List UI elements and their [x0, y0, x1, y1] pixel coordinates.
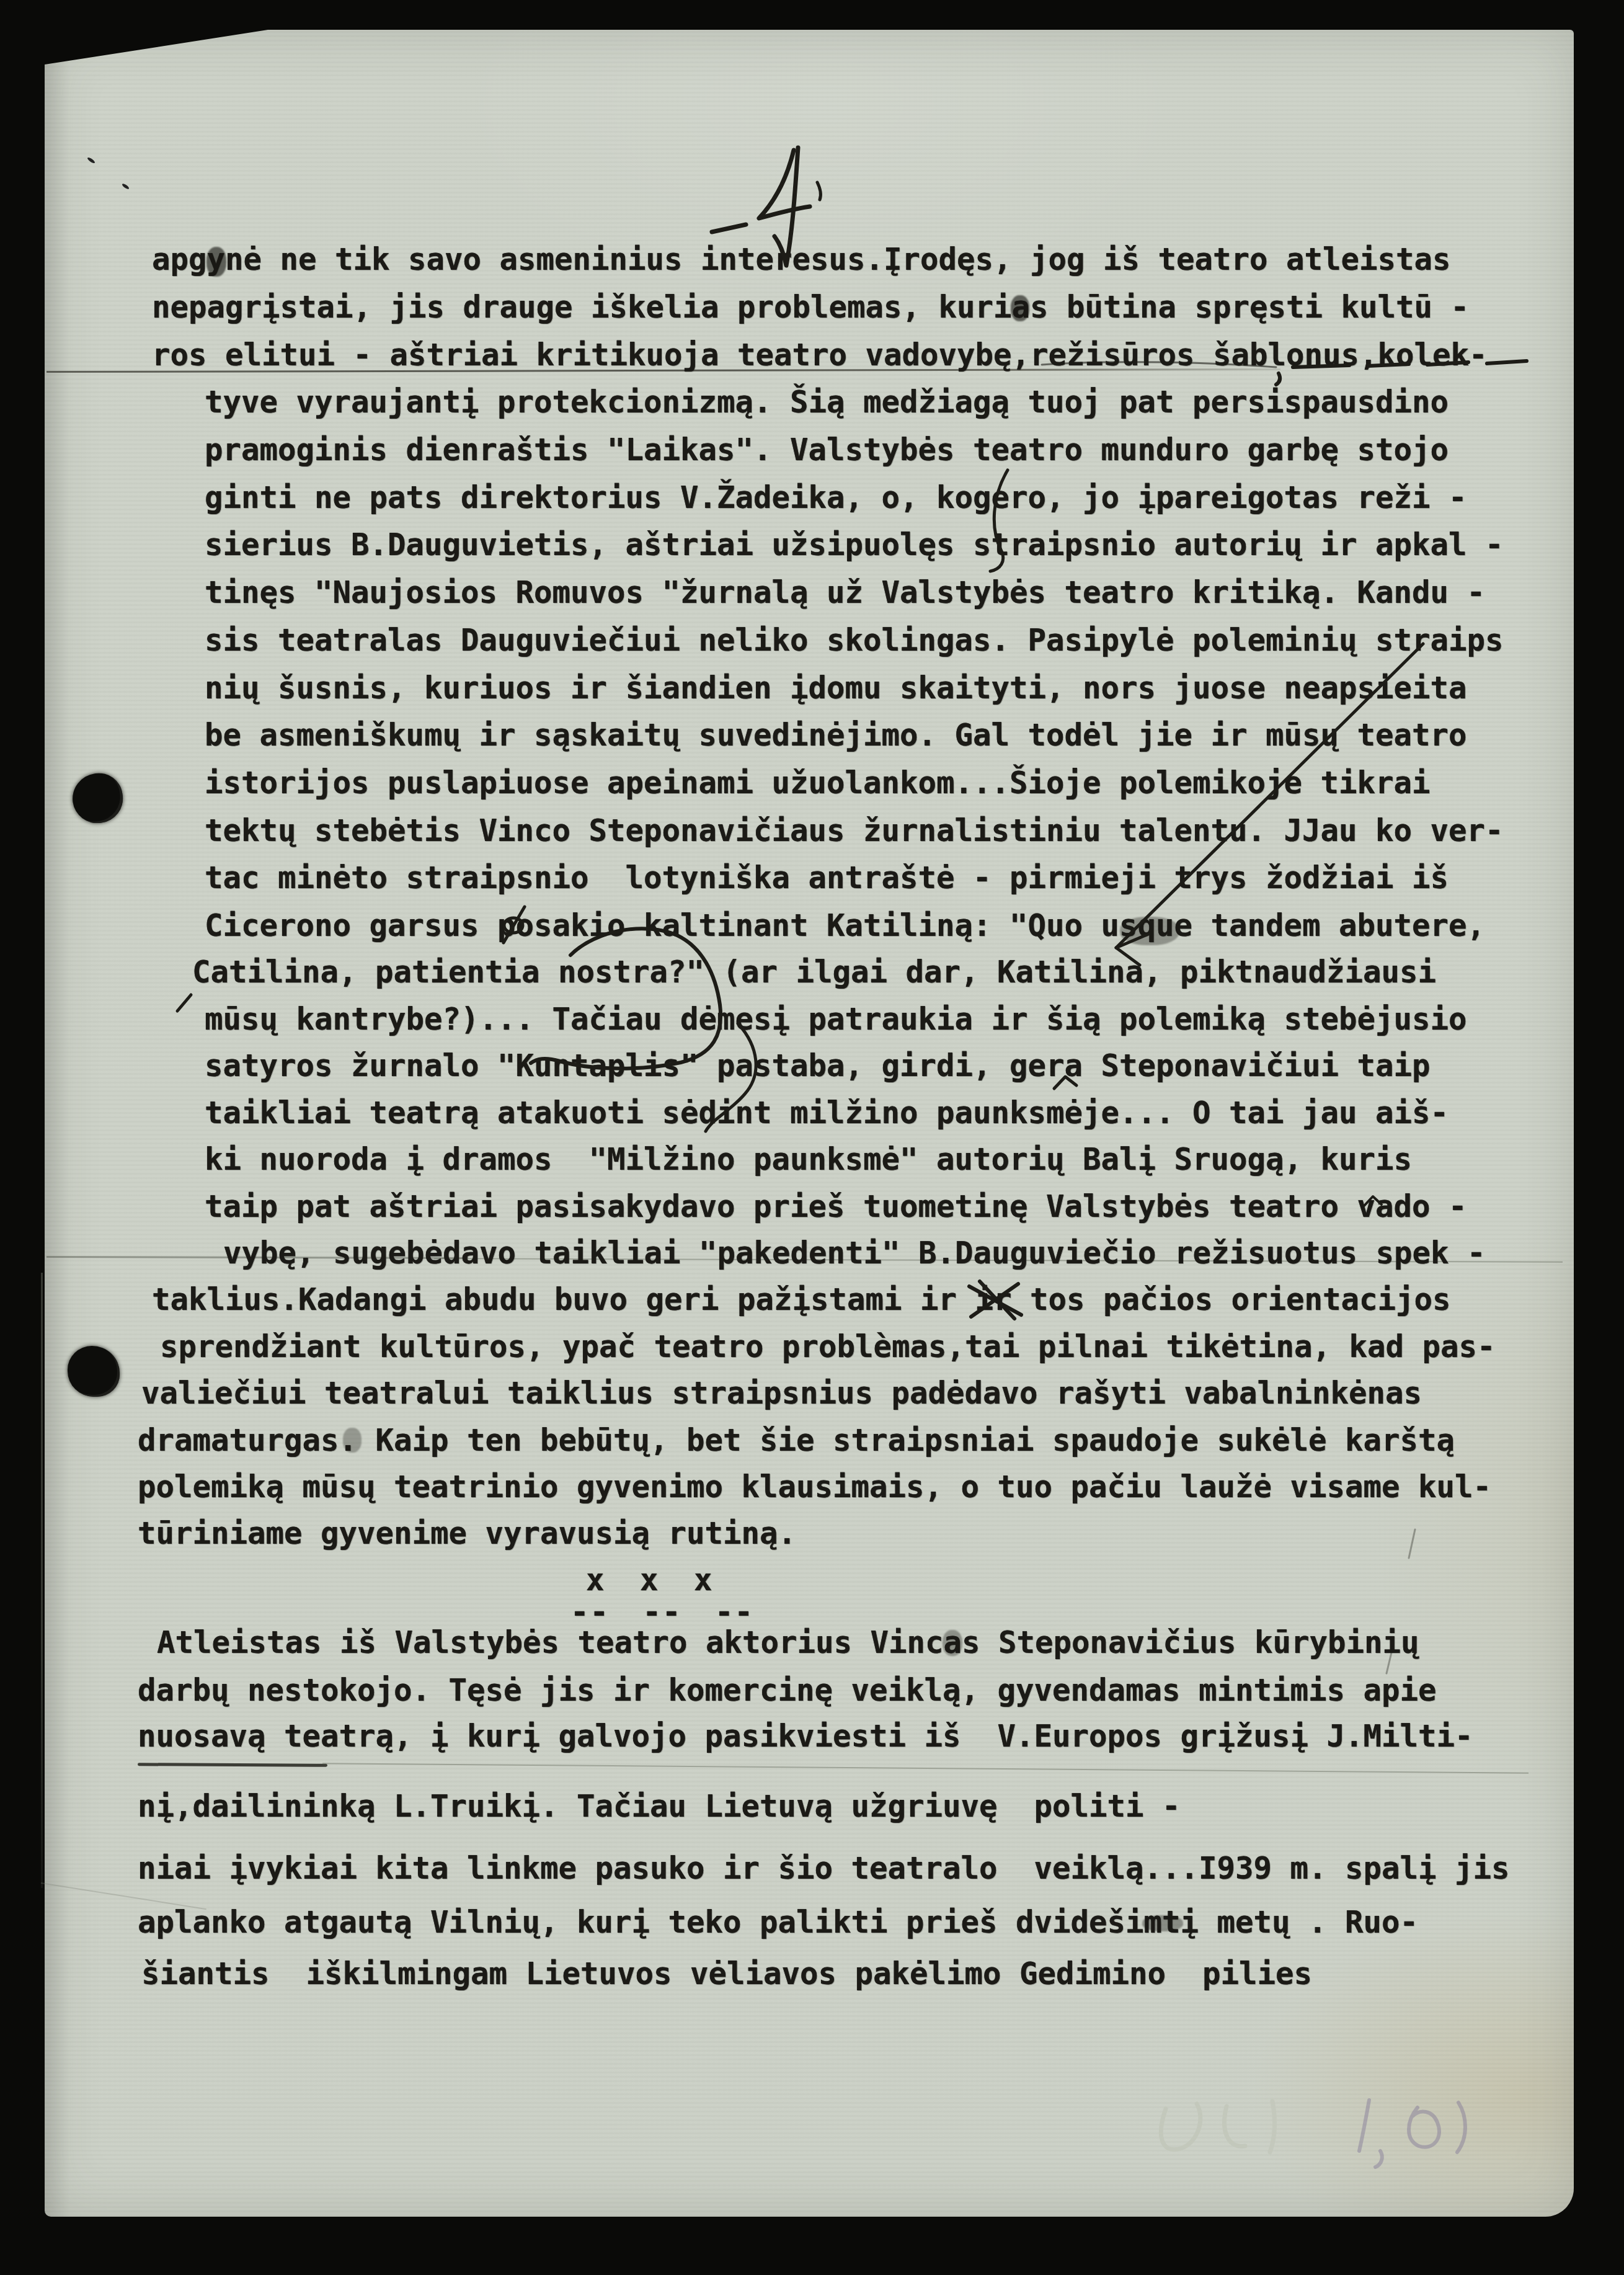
text-line: mūsų kantrybe?)... Tačiau dėmesį patrauk…: [205, 1002, 1467, 1037]
text-line: taip pat aštriai pasisakydavo prieš tuom…: [205, 1190, 1467, 1224]
scanned-document-page: apgynė ne tik savo asmeninius interesus.…: [0, 0, 1624, 2275]
text-line: sierius B.Dauguvietis, aštriai užsipuolę…: [205, 528, 1504, 563]
text-line: sis teatralas Dauguviečiui neliko skolin…: [205, 623, 1504, 658]
text-line: polemiką mūsų teatrinio gyvenimo klausim…: [138, 1470, 1491, 1505]
text-line: Cicerono garsus posakio kaltinant Katili…: [205, 909, 1485, 943]
text-line: taikliai teatrą atakuoti sėdint milžino …: [205, 1096, 1449, 1131]
text-line: niai įvykiai kita linkme pasuko ir šio t…: [138, 1851, 1510, 1886]
text-line: nepagrįstai, jis drauge iškelia problema…: [152, 290, 1469, 325]
text-line: tyve vyraujantį protekcionizmą. Šią medž…: [205, 385, 1449, 420]
text-line: istorijos puslapiuose apeinami užuolanko…: [205, 766, 1431, 801]
section-break-x-marks: x x x: [586, 1563, 712, 1598]
text-line: šiantis iškilmingam Lietuvos vėliavos pa…: [141, 1957, 1312, 1992]
text-line: ki nuoroda į dramos "Milžino paunksmė" a…: [205, 1142, 1412, 1177]
text-line: ginti ne pats direktorius V.Žadeika, o, …: [205, 481, 1467, 515]
text-line: be asmeniškumų ir sąskaitų suvedinėjimo.…: [205, 718, 1467, 753]
text-line: taklius.Kadangi abudu buvo geri pažįstam…: [152, 1283, 1451, 1317]
text-line: satyros žurnalo "Kuntaplis" pastaba, gir…: [205, 1049, 1431, 1084]
text-line: Atleistas iš Valstybės teatro aktorius V…: [157, 1626, 1419, 1660]
torn-top-left-corner: [45, 30, 268, 65]
left-fold-crease: [41, 1273, 43, 1888]
text-line: aplanko atgautą Vilnių, kurį teko palikt…: [138, 1905, 1418, 1940]
text-line: tektų stebėtis Vinco Steponavičiaus žurn…: [205, 814, 1504, 848]
text-line: pramoginis dienraštis "Laikas". Valstybė…: [205, 433, 1449, 468]
text-line: tac minėto straipsnio lotyniška antraštė…: [205, 861, 1449, 896]
text-line: nių šusnis, kuriuos ir šiandien įdomu sk…: [205, 671, 1467, 706]
text-line: tūriniame gyvenime vyravusią rutiną.: [138, 1516, 796, 1551]
text-line: Catilina, patientia nostra?" (ar ilgai d…: [192, 955, 1436, 990]
text-line: dramaturgas. Kaip ten bebūtų, bet šie st…: [138, 1423, 1455, 1458]
text-line: darbų nestokojo. Tęsė jis ir komercinę v…: [138, 1673, 1437, 1708]
text-line: nį,dailininką L.Truikį. Tačiau Lietuvą u…: [138, 1789, 1181, 1824]
text-line: nuosavą teatrą, į kurį galvojo pasikvies…: [138, 1719, 1473, 1754]
text-line: sprendžiant kultūros, ypač teatro problè…: [160, 1330, 1496, 1365]
text-line: valiečiui teatralui taiklius straipsnius…: [141, 1376, 1422, 1411]
text-line: ros elitui - aštriai kritikuoja teatro v…: [152, 338, 1488, 373]
text-line: tinęs "Naujosios Romuvos "žurnalą už Val…: [205, 576, 1485, 610]
text-line: apgynė ne tik savo asmeninius interesus.…: [152, 243, 1451, 277]
text-line: vybę, sugebėdavo taikliai "pakedenti" B.…: [223, 1236, 1486, 1271]
